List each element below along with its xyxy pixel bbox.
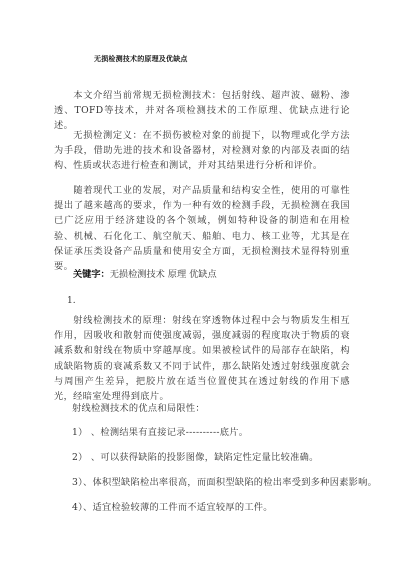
list-item: 4）、适宜检验较薄的工件而不适宜较厚的工件。 [72, 499, 273, 513]
rt-principle-text: 射线检测技术的原理：射线在穿透物体过程中会与物质发生相互作用，因吸收和散射而使强… [54, 315, 350, 402]
list-item: 2） 、可以获得缺陷的投影图像，缺陷定性定量比较准确。 [72, 449, 319, 463]
background-paragraph: 随着现代工业的发展，对产品质量和结构安全性，使用的可靠性提出了越来越高的要求，作… [54, 183, 350, 274]
section-number: 1. [67, 296, 76, 306]
keywords-label: 关键字： [73, 269, 110, 280]
keywords-line: 关键字：无损检测技术 原理 优缺点 [73, 266, 217, 280]
rt-pros-cons-heading: 射线检测技术的优点和局限性： [72, 400, 205, 414]
keywords-text: 无损检测技术 原理 优缺点 [110, 269, 217, 280]
definition-text: 无损检测定义：在不损伤被检对象的前提下，以物理或化学方法为手段，借助先进的技术和… [54, 130, 350, 171]
document-page: 无损检测技术的原理及优缺点 本文介绍当前常规无损检测技术：包括射线、超声波、磁粉… [0, 0, 400, 566]
abstract-text: 本文介绍当前常规无损检测技术：包括射线、超声波、磁粉、渗透、TOFD等技术，并对… [54, 90, 350, 131]
list-item: 3）、体积型缺陷检出率很高，而面积型缺陷的检出率受到多种因素影响。 [72, 474, 377, 488]
rt-principle-paragraph: 射线检测技术的原理：射线在穿透物体过程中会与物质发生相互作用，因吸收和散射而使强… [54, 313, 350, 404]
abstract-paragraph: 本文介绍当前常规无损检测技术：包括射线、超声波、磁粉、渗透、TOFD等技术，并对… [54, 88, 350, 134]
background-text: 随着现代工业的发展，对产品质量和结构安全性，使用的可靠性提出了越来越高的要求，作… [54, 185, 350, 272]
definition-paragraph: 无损检测定义：在不损伤被检对象的前提下，以物理或化学方法为手段，借助先进的技术和… [54, 128, 350, 174]
list-item: 1） 、检测结果有直接记录----------底片。 [72, 424, 248, 438]
document-title: 无损检测技术的原理及优缺点 [94, 54, 188, 64]
